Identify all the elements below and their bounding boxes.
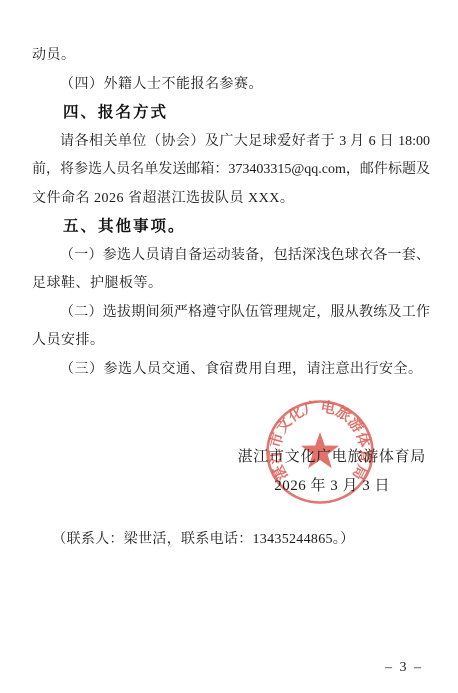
body-line: （一）参选人员请自备运动装备，包括深浅色球衣各一套、	[32, 242, 430, 271]
signature-block: 湛江市文化广电旅游体育局 2026 年 3 月 3 日	[32, 443, 430, 500]
body-line: 足球鞋、护腿板等。	[32, 270, 430, 299]
document-page: 动员。 （四）外籍人士不能报名参赛。 四、报名方式 请各相关单位（协会）及广大足…	[0, 0, 458, 693]
body-line: （四）外籍人士不能报名参赛。	[32, 71, 430, 100]
issue-date: 2026 年 3 月 3 日	[32, 472, 430, 501]
section-heading-5: 五、其他事项。	[32, 213, 430, 242]
body-line: 文件命名 2026 省超湛江选拔队员 XXX。	[32, 185, 430, 214]
issuing-agency: 湛江市文化广电旅游体育局	[32, 443, 430, 472]
section-heading-4: 四、报名方式	[32, 99, 430, 128]
contact-info: （联系人：梁世活，联系电话：13435244865。）	[32, 526, 430, 555]
body-line: 人员安排。	[32, 327, 430, 356]
document-body: 动员。 （四）外籍人士不能报名参赛。 四、报名方式 请各相关单位（协会）及广大足…	[32, 42, 430, 555]
page-number: – 3 –	[385, 660, 423, 676]
body-line: 动员。	[32, 42, 430, 71]
body-line: （三）参选人员交通、食宿费用自理，请注意出行安全。	[32, 356, 430, 385]
body-line: （二）选拔期间须严格遵守队伍管理规定，服从教练及工作	[32, 299, 430, 328]
body-line: 前，将参选人员名单发送邮箱：373403315@qq.com，邮件标题及	[32, 156, 430, 185]
body-line: 请各相关单位（协会）及广大足球爱好者于 3 月 6 日 18:00	[32, 128, 430, 157]
